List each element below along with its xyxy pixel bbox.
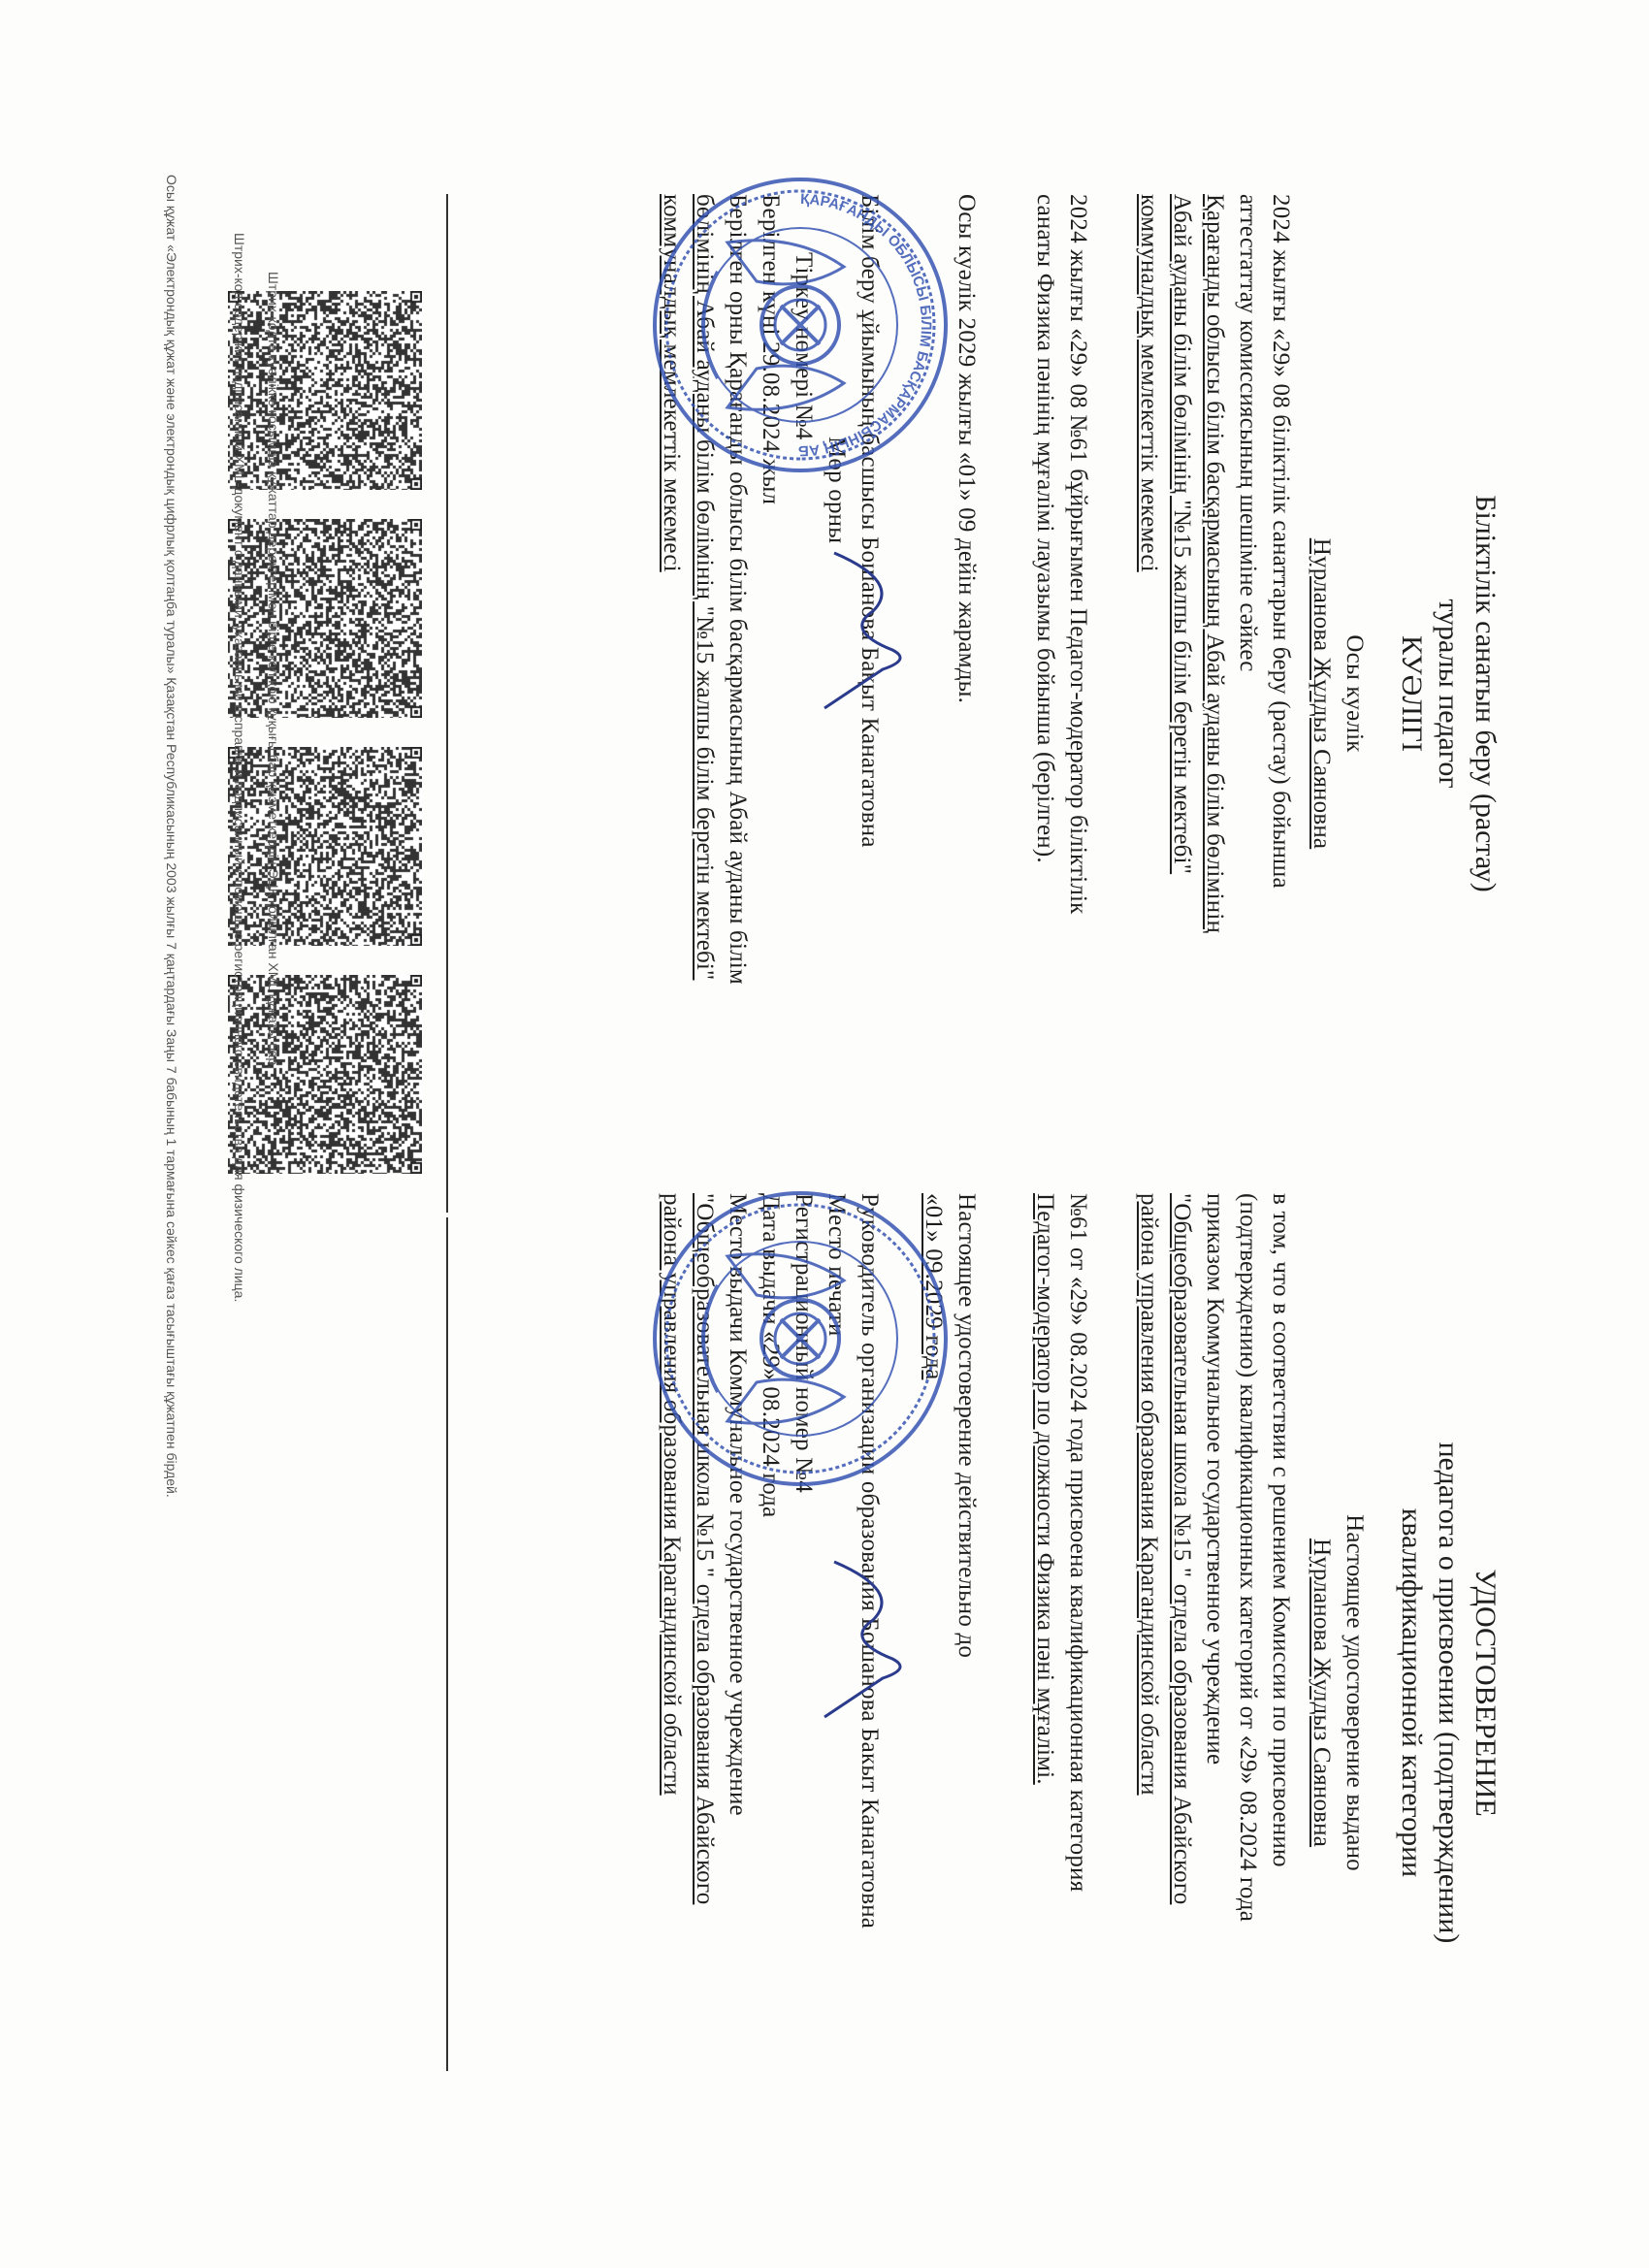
ru-para1-line-1: в том, что в соответствии с решением Ком…: [1267, 1193, 1294, 1867]
svg-text:ҚАРАҒАНДЫ ОБЛЫСЫ БІЛІМ БАСҚАРМ: ҚАРАҒАНДЫ ОБЛЫСЫ БІЛІМ БАСҚАРМАСЫНЫҢ АБА…: [798, 175, 951, 459]
ru-title-line-2: педагога о присвоении (подтверждении): [1430, 1193, 1467, 2192]
kz-title-line-2: туралы педагог: [1430, 194, 1467, 1193]
kz-para1-line-2: аттестаттау комиссиясының шешіміне сәйке…: [1234, 194, 1261, 672]
ru-intro: Настоящее удостоверение выдано: [1341, 1193, 1368, 2192]
qr-code: [228, 291, 422, 490]
kz-para2-line-2: санаты Физика пәнінің мұғалімі лауазымы …: [1031, 194, 1058, 863]
kz-para2-line-1: 2024 жылғы «29» 08 №61 бұйрығымен Педаго…: [1064, 194, 1091, 915]
official-seal-ru: [650, 1188, 951, 1489]
qr-code: [228, 519, 422, 718]
scanned-document: Біліктілік санатын беру (растау) туралы …: [0, 0, 1649, 2268]
ru-para1-line-5: района управления образования Карагандин…: [1135, 1193, 1162, 1796]
ru-para1-line-2: (подтверждению) квалификационных категор…: [1234, 1193, 1261, 1922]
ru-para1-line-3: приказом Коммунальное государственное уч…: [1201, 1193, 1228, 1765]
kz-recipient-name: Нурланова Жұлдыз Саяновна: [1308, 194, 1335, 1193]
ru-recipient-name: Нурланова Жулдыз Саяновна: [1308, 1193, 1335, 2192]
signature-ru: [815, 1552, 931, 1727]
official-seal-kz: ҚАРАҒАНДЫ ОБЛЫСЫ БІЛІМ БАСҚАРМАСЫНЫҢ АБА…: [650, 175, 951, 475]
kz-para1-line-4: Абай ауданы білім бөлімінің "№15 жалпы б…: [1168, 194, 1195, 874]
separator-left: [446, 194, 448, 1213]
separator-right: [446, 1217, 448, 2071]
kz-para1-line-1: 2024 жылғы «29» 08 біліктілік санаттарын…: [1267, 194, 1294, 889]
kz-para1-line-5: коммуналдық мемлекеттік мекемесі: [1135, 194, 1162, 572]
ru-para2-line-1: №61 от «29» 08.2024 года присвоена квали…: [1064, 1193, 1091, 1892]
qr-code: [228, 975, 422, 1174]
kz-title-line-1: Біліктілік санатын беру (растау): [1467, 194, 1503, 1193]
kz-intro: Осы куәлік: [1341, 194, 1368, 1193]
ru-title-line-3: квалификационной категории: [1393, 1193, 1430, 2192]
qr-code: [228, 747, 422, 946]
certificate-page: Біліктілік санатын беру (растау) туралы …: [0, 0, 1649, 2268]
ru-title-line-1: УДОСТОВЕРЕНИЕ: [1467, 1193, 1503, 2192]
legal-note: Осы құжат «Электрондық құжат және электр…: [164, 175, 179, 1498]
ru-para2-line-2: Педагог-модератор по должности Физика пә…: [1031, 1193, 1058, 1785]
ru-validity-line-1: Настоящее удостоверение действительно до: [953, 1193, 980, 1658]
signature-kz: [815, 543, 931, 718]
kz-para1-line-3: Қарағанды облысы білім басқармасының Аба…: [1201, 194, 1228, 933]
qr-caption-ru: Штрих-код содержит подписанный XML-докум…: [232, 233, 247, 1302]
kz-validity: Осы куәлік 2029 жылғы «01» 09 дейін жара…: [953, 194, 980, 703]
qr-caption-kz: Штрих-кодта куәлікке қосымша құжаттар де…: [266, 272, 281, 1069]
ru-para1-line-4: "Общеобразовательная школа №15 " отдела …: [1168, 1193, 1195, 1904]
kz-title-line-3: КУӘЛІГІ: [1393, 194, 1430, 1193]
